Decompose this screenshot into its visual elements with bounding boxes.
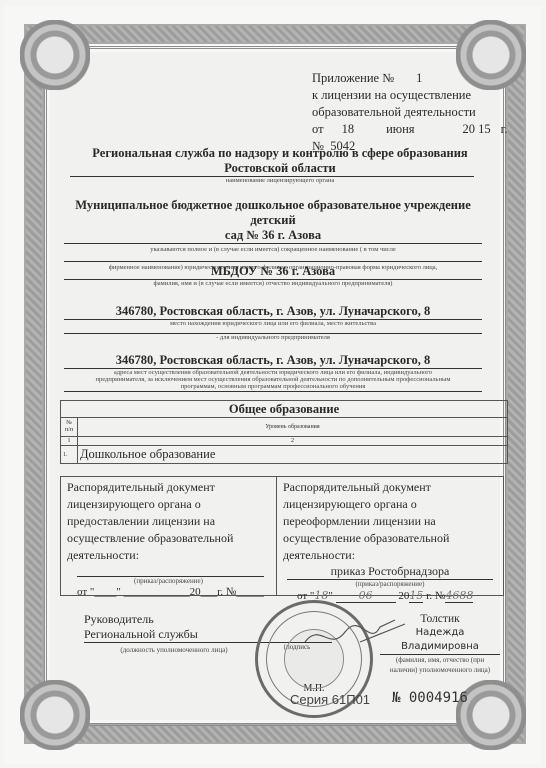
number-prefix: г. № [426,590,445,602]
licensor-caption: наименование лицензирующего органа [80,177,480,184]
grant-text-line: деятельности: [67,547,270,564]
grant-text-line: лицензирующего органа о [67,496,270,513]
licensee-full-name: Муниципальное бюджетное дошкольное образ… [64,198,482,228]
column-index-level: 2 [78,437,508,446]
licensee-caption5: - для индивидуального предпринимателя [64,334,482,341]
appendix-line3: образовательной деятельности [312,104,508,121]
reissue-text-line: Распорядительный документ [283,479,497,496]
grant-caption: (приказ/распоряжение) [67,577,270,586]
licensee-full-name-cont: сад № 36 г. Азова [64,228,482,243]
column-header-no: № п/п [61,418,78,437]
divider [64,243,482,244]
reissue-text-line: осуществление образовательной [283,530,497,547]
activity-caption3: программам, основным программам професси… [64,383,482,390]
licensee-short-name: МБДОУ № 36 г. Азова [64,264,482,279]
activity-caption2: предпринимателя, за исключением мест осу… [64,376,482,383]
table-title: Общее образование [61,401,508,418]
education-table: Общее образование № п/п Уровень образова… [60,400,508,464]
corner-ornament-icon [20,680,90,750]
date-year-suffix: 15 [478,122,491,136]
reissue-order-number: 4688 [445,589,473,603]
reissue-document-box: Распорядительный документ лицензирующего… [277,476,504,596]
form-number: № 0004916 [392,690,468,706]
divider [64,391,482,392]
form-series: Серия 61П01 [290,692,370,707]
licensee-address: 346780, Ростовская область, г. Азов, ул.… [64,304,482,319]
reissue-document-value: приказ Ростобрнадзора [287,564,493,580]
column-index-no: 1 [61,437,78,446]
licensee-block: Муниципальное бюджетное дошкольное образ… [64,198,482,271]
divider [64,261,482,262]
reissue-text-line: деятельности: [283,547,497,564]
table-row: 1. Дошкольное образование [61,446,508,464]
reissue-text-line: лицензирующего органа о [283,496,497,513]
appendix-label: Приложение № [312,71,394,85]
column-header-level: Уровень образования [78,418,508,437]
signature-scribble-icon [300,612,410,662]
reissue-date-year: 15 [409,589,423,603]
date-year-prefix: 20 [463,122,476,136]
grant-document-box: Распорядительный документ лицензирующего… [60,476,277,596]
grant-text-line: предоставлении лицензии на [67,513,270,530]
grant-date-line: от "____" ____________20___г. №_____ [67,586,270,599]
appendix-header: Приложение №1 к лицензии на осуществлени… [312,70,508,155]
licensor-region: Ростовской области [80,161,480,176]
grant-text-line: осуществление образовательной [67,530,270,547]
date-suffix: г. [501,122,508,136]
reissue-date-month: 06 [336,589,396,603]
position-line2: Региональной службы [84,627,264,643]
position-line1: Руководитель [84,612,264,627]
signatory-position: Руководитель Региональной службы (должно… [84,612,264,658]
appendix-line2: к лицензии на осуществление [312,87,508,104]
appendix-number: 1 [416,71,422,85]
address-block: 346780, Ростовская область, г. Азов, ул.… [64,304,482,341]
activity-address-block: 346780, Ростовская область, г. Азов, ул.… [64,353,482,392]
date-day: 18 [342,122,355,136]
row-level: Дошкольное образование [78,446,508,464]
grant-document-value [77,564,264,577]
year-prefix: 20 [398,590,409,602]
date-month: июня [386,122,414,136]
licensor-block: Региональная служба по надзору и контрол… [80,146,480,184]
reissue-text-line: переоформлении лицензии на [283,513,497,530]
activity-address: 346780, Ростовская область, г. Азов, ул.… [64,353,482,368]
activity-caption1: адреса мест осуществления образовательно… [64,369,482,376]
corner-ornament-icon [20,20,90,90]
grant-text-line: Распорядительный документ [67,479,270,496]
date-quote: " [328,590,333,602]
licensor-name: Региональная служба по надзору и контрол… [80,146,480,161]
date-prefix: от [312,122,324,136]
licensee-caption1: указываются полное и (в случае если имее… [64,246,482,253]
licensee-caption3: фамилия, имя и (в случае если имеется) о… [64,280,482,287]
row-number: 1. [61,446,78,464]
position-caption: (должность уполномоченного лица) [84,643,264,658]
licensee-caption4: место нахождения юридического лица или е… [64,320,482,327]
short-name-block: МБДОУ № 36 г. Азова фамилия, имя и (в сл… [64,264,482,287]
reissue-caption: (приказ/распоряжение) [283,580,497,589]
name-caption2: наличии) уполномоченного лица) [380,665,500,675]
